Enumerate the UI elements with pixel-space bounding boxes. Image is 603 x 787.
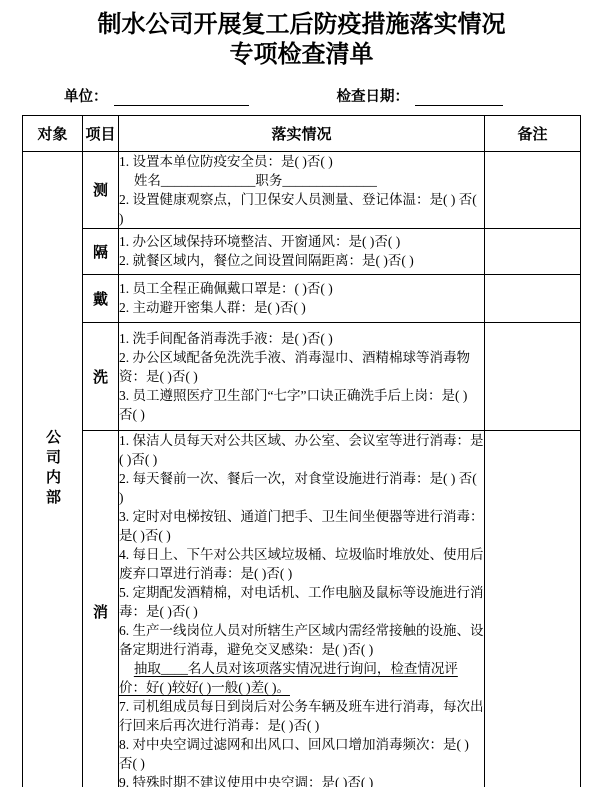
remark-cell (485, 322, 581, 430)
unit-blank-field (114, 90, 249, 106)
status-entry: 1. 保洁人员每天对公共区域、办公室、会议室等进行消毒：是( )否( ) (119, 431, 484, 469)
status-cell: 1. 办公区域保持环境整洁、开窗通风：是( )否( )2. 就餐区域内，餐位之间… (119, 228, 485, 274)
status-cell: 1. 保洁人员每天对公共区域、办公室、会议室等进行消毒：是( )否( )2. 每… (119, 430, 485, 787)
status-entry: 1. 洗手间配备消毒洗手液：是( )否( ) (119, 329, 484, 348)
remark-cell (485, 430, 581, 787)
unit-label: 单位： (64, 85, 108, 106)
item-label-cell: 洗 (83, 322, 119, 430)
document-page: 制水公司开展复工后防疫措施落实情况 专项检查清单 单位： 检查日期： 对象 项目… (0, 0, 603, 787)
status-entry: 2. 每天餐前一次、餐后一次，对食堂设施进行消毒：是( ) 否( ) (119, 469, 484, 507)
status-entry: 2. 就餐区域内，餐位之间设置间隔距离：是( )否( ) (119, 251, 484, 270)
item-label-cell: 消 (83, 430, 119, 787)
status-entry: 2. 设置健康观察点，门卫保安人员测量、登记体温：是( ) 否( ) (119, 190, 484, 228)
status-entry: 8. 对中央空调过滤网和出风口、回风口增加消毒频次：是( ) 否( ) (119, 735, 484, 773)
status-cell: 1. 员工全程正确佩戴口罩是：( )否( )2. 主动避开密集人群：是( )否(… (119, 274, 485, 322)
status-entry: 1. 设置本单位防疫安全员：是( )否( ) (119, 152, 484, 171)
status-cell: 1. 洗手间配备消毒洗手液：是( )否( )2. 办公区域配备免洗洗手液、消毒湿… (119, 322, 485, 430)
item-label-cell: 戴 (83, 274, 119, 322)
status-entry: 2. 主动避开密集人群：是( )否( ) (119, 298, 484, 317)
date-group: 检查日期： (337, 85, 504, 106)
page-title: 制水公司开展复工后防疫措施落实情况 专项检查清单 (0, 0, 603, 70)
table-row: 公司内部测1. 设置本单位防疫安全员：是( )否( )姓名___________… (23, 151, 581, 228)
date-label: 检查日期： (337, 85, 410, 106)
table-row: 戴1. 员工全程正确佩戴口罩是：( )否( )2. 主动避开密集人群：是( )否… (23, 274, 581, 322)
object-group-label: 公司内部 (42, 429, 63, 509)
status-cell: 1. 设置本单位防疫安全员：是( )否( )姓名______________职务… (119, 151, 485, 228)
table-row: 隔1. 办公区域保持环境整洁、开窗通风：是( )否( )2. 就餐区域内，餐位之… (23, 228, 581, 274)
status-entry: 姓名______________职务______________ (119, 171, 484, 190)
status-entry: 7. 司机组成员每日到岗后对公务车辆及班车进行消毒，每次出行回来后再次进行消毒：… (119, 697, 484, 735)
status-entry: 3. 定时对电梯按钮、通道门把手、卫生间坐便器等进行消毒：是( )否( ) (119, 507, 484, 545)
remark-cell (485, 228, 581, 274)
title-line-1: 制水公司开展复工后防疫措施落实情况 (0, 10, 603, 40)
status-entry: 4. 每日上、下午对公共区域垃圾桶、垃圾临时堆放处、使用后废弃口罩进行消毒：是(… (119, 545, 484, 583)
item-label-cell: 隔 (83, 228, 119, 274)
status-entry: 6. 生产一线岗位人员对所辖生产区域内需经常接触的设施、设备定期进行消毒，避免交… (119, 621, 484, 659)
status-entry: 1. 员工全程正确佩戴口罩是：( )否( ) (119, 279, 484, 298)
remark-cell (485, 151, 581, 228)
item-label-cell: 测 (83, 151, 119, 228)
checklist-table: 对象 项目 落实情况 备注 公司内部测1. 设置本单位防疫安全员：是( )否( … (22, 115, 581, 787)
table-row: 消1. 保洁人员每天对公共区域、办公室、会议室等进行消毒：是( )否( )2. … (23, 430, 581, 787)
checklist-tbody: 公司内部测1. 设置本单位防疫安全员：是( )否( )姓名___________… (23, 151, 581, 787)
header-status: 落实情况 (119, 115, 485, 151)
status-entry: 5. 定期配发酒精棉，对电话机、工作电脑及鼠标等设施进行消毒：是( )否( ) (119, 583, 484, 621)
header-item: 项目 (83, 115, 119, 151)
status-entry: 9. 特殊时期不建议使用中央空调：是( )否( ) (119, 773, 484, 787)
date-blank-field (415, 90, 503, 106)
status-entry: 3. 员工遵照医疗卫生部门“七字”口诀正确洗手后上岗：是( ) 否( ) (119, 386, 484, 424)
object-group-cell: 公司内部 (23, 151, 83, 787)
header-remark: 备注 (485, 115, 581, 151)
header-row: 对象 项目 落实情况 备注 (23, 115, 581, 151)
status-entry: 2. 办公区域配备免洗洗手液、消毒湿巾、酒精棉球等消毒物资：是( )否( ) (119, 348, 484, 386)
header-object: 对象 (23, 115, 83, 151)
table-row: 洗1. 洗手间配备消毒洗手液：是( )否( )2. 办公区域配备免洗洗手液、消毒… (23, 322, 581, 430)
status-entry: 抽取____名人员对该项落实情况进行询问，检查情况评价：好( )较好( )一般(… (119, 659, 484, 697)
title-line-2: 专项检查清单 (0, 40, 603, 70)
status-entry: 1. 办公区域保持环境整洁、开窗通风：是( )否( ) (119, 232, 484, 251)
meta-row: 单位： 检查日期： (64, 85, 603, 106)
remark-cell (485, 274, 581, 322)
